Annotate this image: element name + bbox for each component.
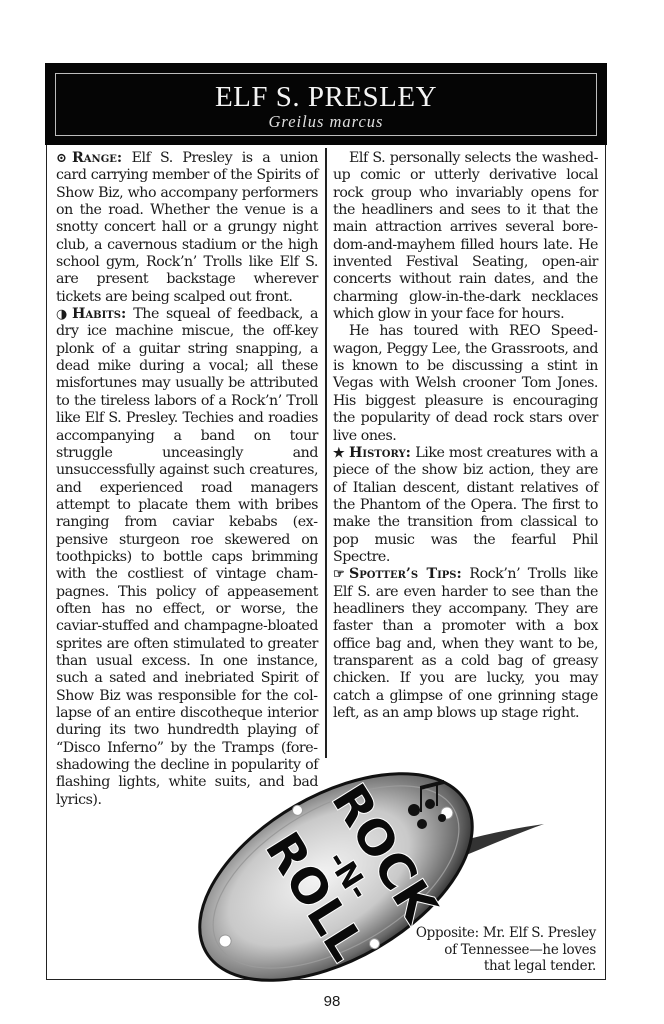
spotters-tips-section: ☞Spotter’s Tips: Rock’n’ Trolls like Elf… bbox=[333, 566, 598, 722]
caption-line-1: Opposite: Mr. Elf S. Presley bbox=[416, 925, 596, 942]
photo-caption: Opposite: Mr. Elf S. Presley of Tennesse… bbox=[416, 925, 596, 975]
right-column: Elf S. personally selects the washed-up … bbox=[333, 150, 598, 722]
habits-text: The squeal of feedback, a dry ice machin… bbox=[56, 306, 318, 808]
caption-line-3: that legal tender. bbox=[416, 958, 596, 975]
history-section: ★History: Like most creatures with a pie… bbox=[333, 445, 598, 566]
spotters-tips-text: Rock’n’ Trolls like Elf S. are even hard… bbox=[333, 566, 598, 721]
habits-section: ◑Habits: The squeal of feedback, a dry i… bbox=[56, 306, 318, 809]
range-text: Elf S. Presley is a union card carrying … bbox=[56, 150, 318, 305]
title-banner-outline: ELF S. PRESLEY Greilus marcus bbox=[55, 73, 597, 136]
column-divider bbox=[325, 148, 327, 758]
history-text: Like most creatures with a piece of the … bbox=[333, 445, 598, 565]
habits-paragraph-2: Elf S. personally selects the washed-up … bbox=[333, 150, 598, 323]
habits-paragraph-3: He has toured with REO Speed­wagon, Pegg… bbox=[333, 323, 598, 444]
page-number: 98 bbox=[0, 993, 664, 1010]
left-column: ⊙Range: Elf S. Presley is a union card c… bbox=[56, 150, 318, 809]
title-banner: ELF S. PRESLEY Greilus marcus bbox=[45, 63, 607, 145]
spotters-tips-heading: Spotter’s Tips: bbox=[349, 566, 462, 582]
range-section: ⊙Range: Elf S. Presley is a union card c… bbox=[56, 150, 318, 306]
scientific-name: Greilus marcus bbox=[56, 113, 596, 131]
habits-heading: Habits: bbox=[72, 306, 126, 322]
page-title: ELF S. PRESLEY bbox=[56, 81, 596, 113]
circle-dot-icon: ⊙ bbox=[56, 150, 72, 167]
pointing-hand-icon: ☞ bbox=[333, 566, 349, 583]
caption-line-2: of Tennessee—he loves bbox=[416, 942, 596, 959]
star-icon: ★ bbox=[333, 445, 349, 462]
range-heading: Range: bbox=[72, 150, 122, 166]
half-moon-icon: ◑ bbox=[56, 306, 72, 323]
history-heading: History: bbox=[349, 445, 411, 461]
